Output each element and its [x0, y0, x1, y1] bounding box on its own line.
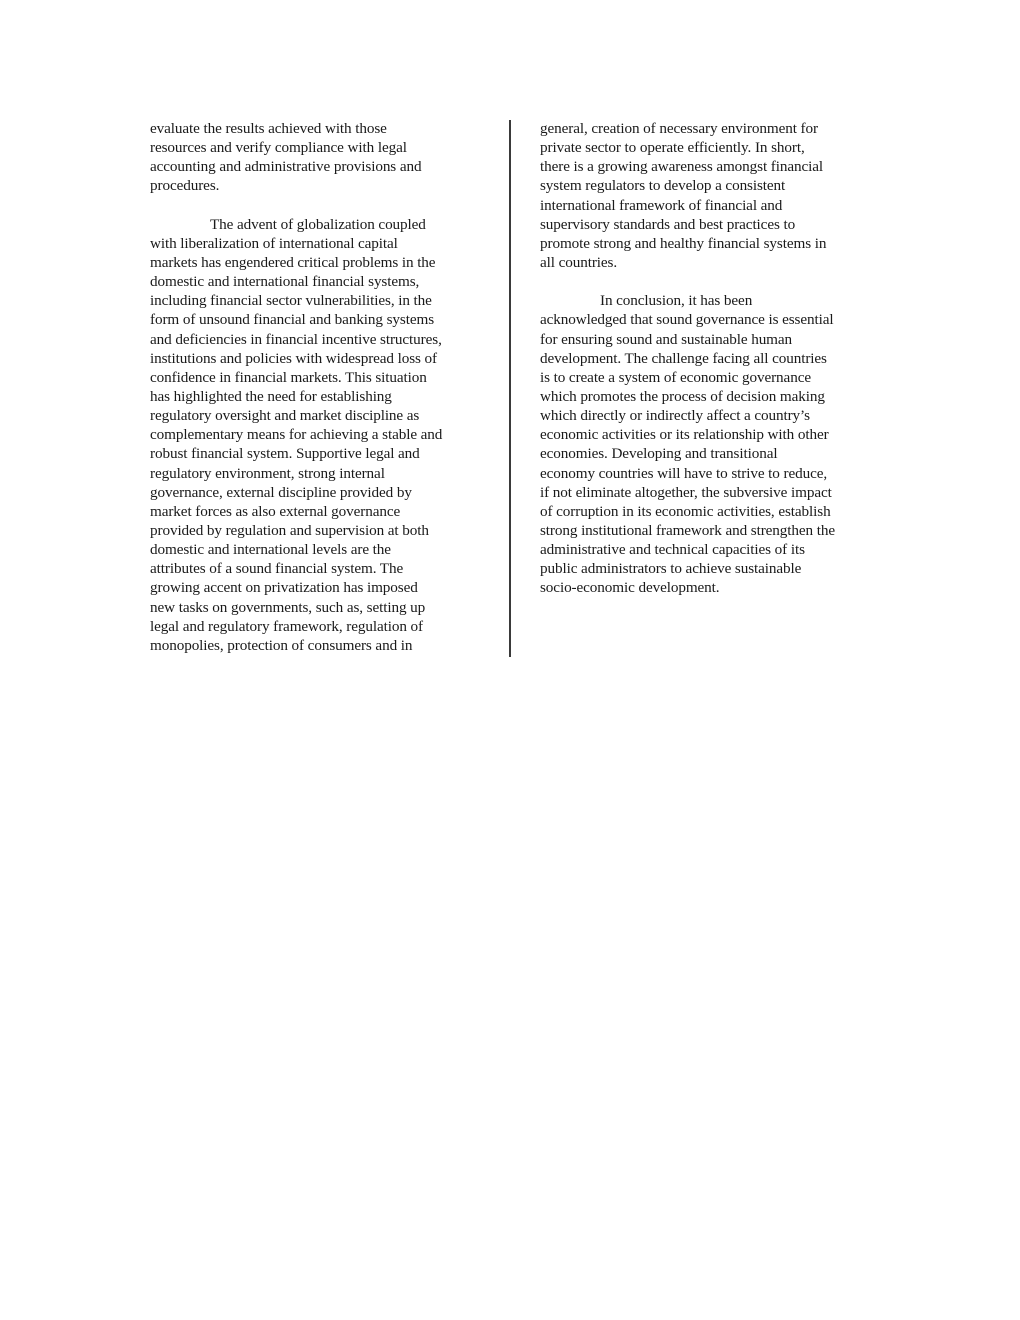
- text-line: system regulators to develop a consisten…: [540, 176, 885, 195]
- text-line: with liberalization of international cap…: [150, 234, 495, 253]
- text-line: The advent of globalization coupled: [150, 215, 495, 234]
- text-line: strong institutional framework and stren…: [540, 521, 885, 540]
- text-line: evaluate the results achieved with those: [150, 119, 495, 138]
- text-line: market forces as also external governanc…: [150, 502, 495, 521]
- text-line: economies. Developing and transitional: [540, 444, 885, 463]
- text-line: markets has engendered critical problems…: [150, 253, 495, 272]
- text-line: administrative and technical capacities …: [540, 540, 885, 559]
- text-line: attributes of a sound financial system. …: [150, 559, 495, 578]
- text-line: domestic and international levels are th…: [150, 540, 495, 559]
- text-line: if not eliminate altogether, the subvers…: [540, 483, 885, 502]
- paragraph-3: general, creation of necessary environme…: [540, 119, 885, 272]
- text-line: including financial sector vulnerabiliti…: [150, 291, 495, 310]
- text-line: complementary means for achieving a stab…: [150, 425, 495, 444]
- text-line: robust financial system. Supportive lega…: [150, 444, 495, 463]
- text-line: confidence in financial markets. This si…: [150, 368, 495, 387]
- text-line: In conclusion, it has been: [540, 291, 885, 310]
- text-line: all countries.: [540, 253, 885, 272]
- text-line: growing accent on privatization has impo…: [150, 578, 495, 597]
- text-line: form of unsound financial and banking sy…: [150, 310, 495, 329]
- text-line: which promotes the process of decision m…: [540, 387, 885, 406]
- text-line: economy countries will have to strive to…: [540, 464, 885, 483]
- text-line: procedures.: [150, 176, 495, 195]
- text-line: of corruption in its economic activities…: [540, 502, 885, 521]
- text-line: economic activities or its relationship …: [540, 425, 885, 444]
- text-line: regulatory environment, strong internal: [150, 464, 495, 483]
- text-line: is to create a system of economic govern…: [540, 368, 885, 387]
- paragraph-2: The advent of globalization coupled with…: [150, 215, 495, 655]
- text-line: domestic and international financial sys…: [150, 272, 495, 291]
- text-line: which directly or indirectly affect a co…: [540, 406, 885, 425]
- paragraph-spacer: [540, 272, 885, 291]
- right-column: general, creation of necessary environme…: [540, 119, 885, 598]
- text-line: for ensuring sound and sustainable human: [540, 330, 885, 349]
- text-line: development. The challenge facing all co…: [540, 349, 885, 368]
- text-line: and deficiencies in financial incentive …: [150, 330, 495, 349]
- text-line: provided by regulation and supervision a…: [150, 521, 495, 540]
- text-line: there is a growing awareness amongst fin…: [540, 157, 885, 176]
- paragraph-4: In conclusion, it has been acknowledged …: [540, 291, 885, 597]
- column-divider: [509, 120, 511, 657]
- paragraph-1: evaluate the results achieved with those…: [150, 119, 495, 196]
- text-line: new tasks on governments, such as, setti…: [150, 598, 495, 617]
- text-line: general, creation of necessary environme…: [540, 119, 885, 138]
- text-line: institutions and policies with widesprea…: [150, 349, 495, 368]
- text-line: monopolies, protection of consumers and …: [150, 636, 495, 655]
- text-line: socio-economic development.: [540, 578, 885, 597]
- text-line: governance, external discipline provided…: [150, 483, 495, 502]
- left-column: evaluate the results achieved with those…: [150, 119, 495, 655]
- text-line: regulatory oversight and market discipli…: [150, 406, 495, 425]
- text-line: private sector to operate efficiently. I…: [540, 138, 885, 157]
- text-line: promote strong and healthy financial sys…: [540, 234, 885, 253]
- text-line: has highlighted the need for establishin…: [150, 387, 495, 406]
- text-line: international framework of financial and: [540, 196, 885, 215]
- text-line: supervisory standards and best practices…: [540, 215, 885, 234]
- text-line: acknowledged that sound governance is es…: [540, 310, 885, 329]
- text-line: resources and verify compliance with leg…: [150, 138, 495, 157]
- text-line: accounting and administrative provisions…: [150, 157, 495, 176]
- document-page: evaluate the results achieved with those…: [0, 0, 1020, 1320]
- text-line: public administrators to achieve sustain…: [540, 559, 885, 578]
- paragraph-spacer: [150, 196, 495, 215]
- text-line: legal and regulatory framework, regulati…: [150, 617, 495, 636]
